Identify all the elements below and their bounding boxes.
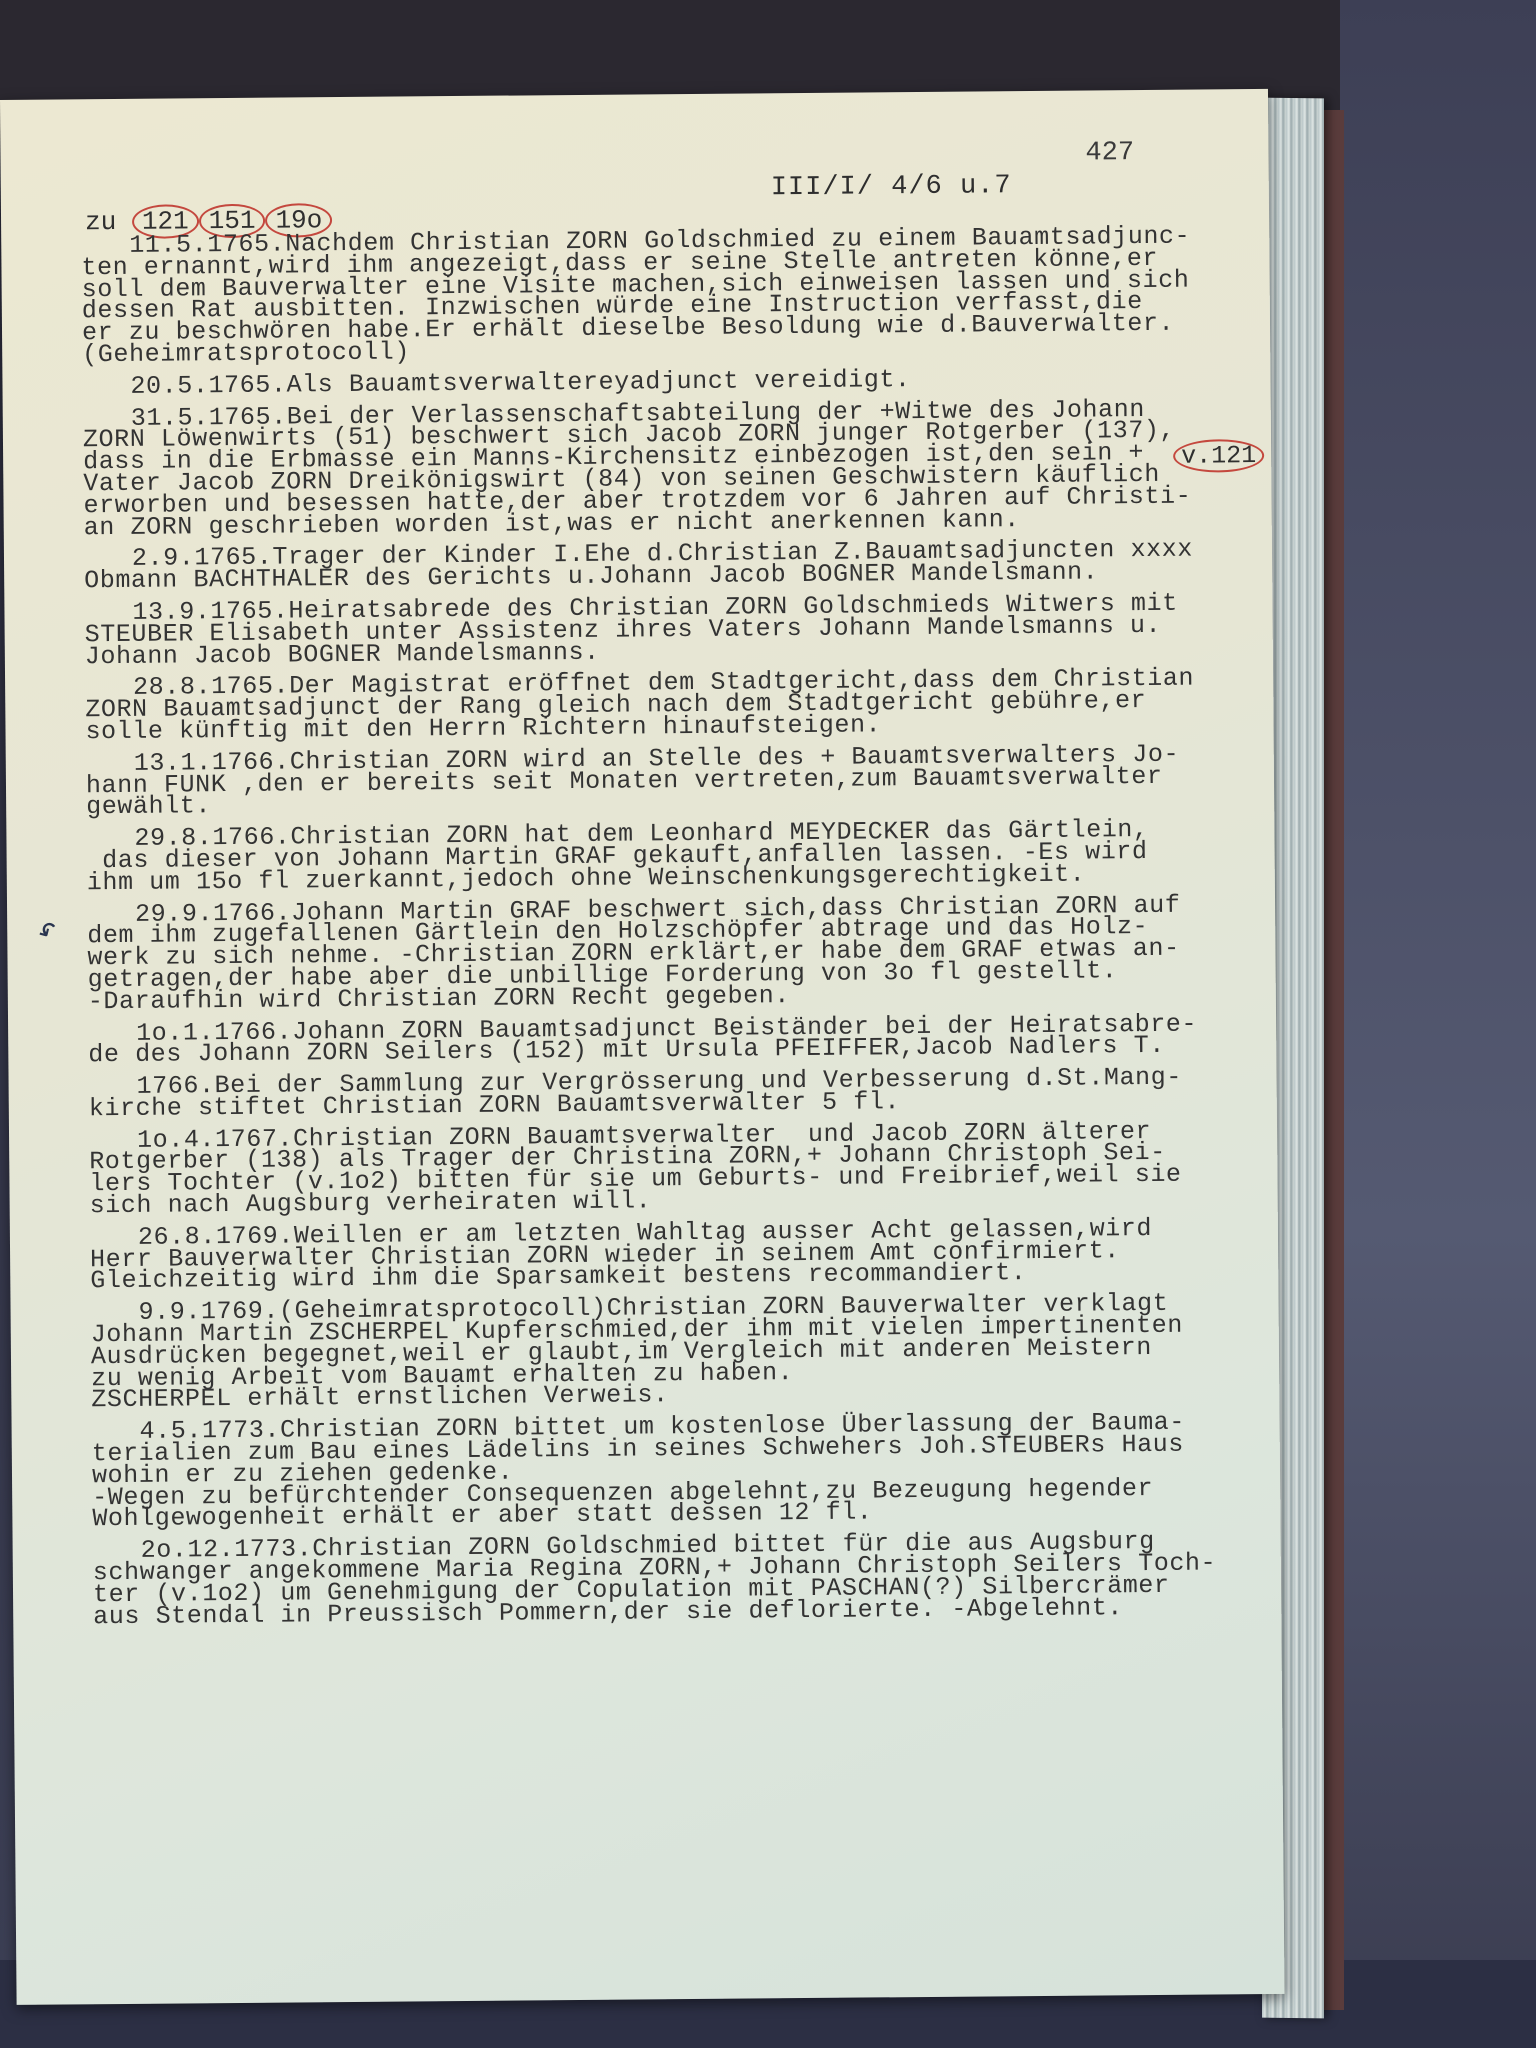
text-line: -Daraufhin wird Christian ZORN Recht geg… [88,981,1273,1013]
margin-arrow-icon: ↶ [28,907,67,954]
text-line: Gleichzeitig wird ihm die Sparsamkeit be… [90,1260,1275,1292]
record-entry: 29.8.1766.Christian ZORN hat dem Leonhar… [86,818,1272,894]
record-entry: 4.5.1773.Christian ZORN bittet um kosten… [92,1411,1278,1530]
record-entry: 1o.1.1766.Johann ZORN Bauamtsadjunct Bei… [88,1012,1273,1066]
record-entry: 26.8.1769.Weillen er am letzten Wahltag … [90,1217,1276,1293]
document-page: 427 III/I/ 4/6 u.7 zu 12115119o v.121 ↶ … [0,89,1285,2005]
record-entry: 13.1.1766.Christian ZORN wird an Stelle … [86,743,1272,819]
book-cover [1322,110,1344,2010]
background-right [1340,0,1536,2048]
archive-reference: III/I/ 4/6 u.7 [771,171,1012,203]
text-line: Obmann BACHTHALER des Gerichts u.Johann … [84,560,1269,592]
text-line: Wohlgewogenheit erhält er aber statt des… [92,1498,1277,1530]
record-entry: 2o.12.1773.Christian ZORN Goldschmied bi… [93,1530,1279,1628]
record-entry: 31.5.1765.Bei der Verlassenschaftsabteil… [83,398,1269,539]
text-line: de des Johann ZORN Seilers (152) mit Urs… [88,1034,1273,1066]
record-entry: 13.9.1765.Heiratsabrede des Christian ZO… [84,592,1270,668]
record-entry: 29.9.1766.Johann Martin GRAF beschwert s… [87,893,1273,1012]
record-entry: 1766.Bei der Sammlung zur Vergrösserung … [89,1066,1274,1120]
text-line: ihm um 15o fl zuerkannt,jedoch ohne Wein… [87,862,1272,894]
text-line: an ZORN geschrieben worden ist,was er ni… [84,507,1269,539]
text-line: solle künftig mit den Herrn Richtern hin… [85,711,1270,743]
document-body: 11.5.1765.Nachdem Christian ZORN Goldsch… [81,225,1278,1638]
page-number: 427 [1085,138,1134,168]
record-entry: 2.9.1765.Trager der Kinder I.Ehe d.Chris… [84,538,1269,592]
record-entry: 9.9.1769.(Geheimratsprotocoll)Christian … [90,1292,1276,1411]
text-line: aus Stendal in Preussisch Pommern,der si… [93,1596,1278,1628]
zu-prefix: zu [85,207,116,237]
record-entry: 1o.4.1767.Christian ZORN Bauamtsverwalte… [89,1120,1275,1218]
record-entry: 28.8.1765.Der Magistrat eröffnet dem Sta… [85,667,1271,743]
text-line: 20.5.1765.Als Bauamtsverwaltereyadjunct … [82,366,1267,398]
record-entry: 11.5.1765.Nachdem Christian ZORN Goldsch… [81,225,1267,366]
text-line: kirche stiftet Christian ZORN Bauamtsver… [89,1088,1274,1120]
record-entry: 20.5.1765.Als Bauamtsverwaltereyadjunct … [82,366,1267,398]
